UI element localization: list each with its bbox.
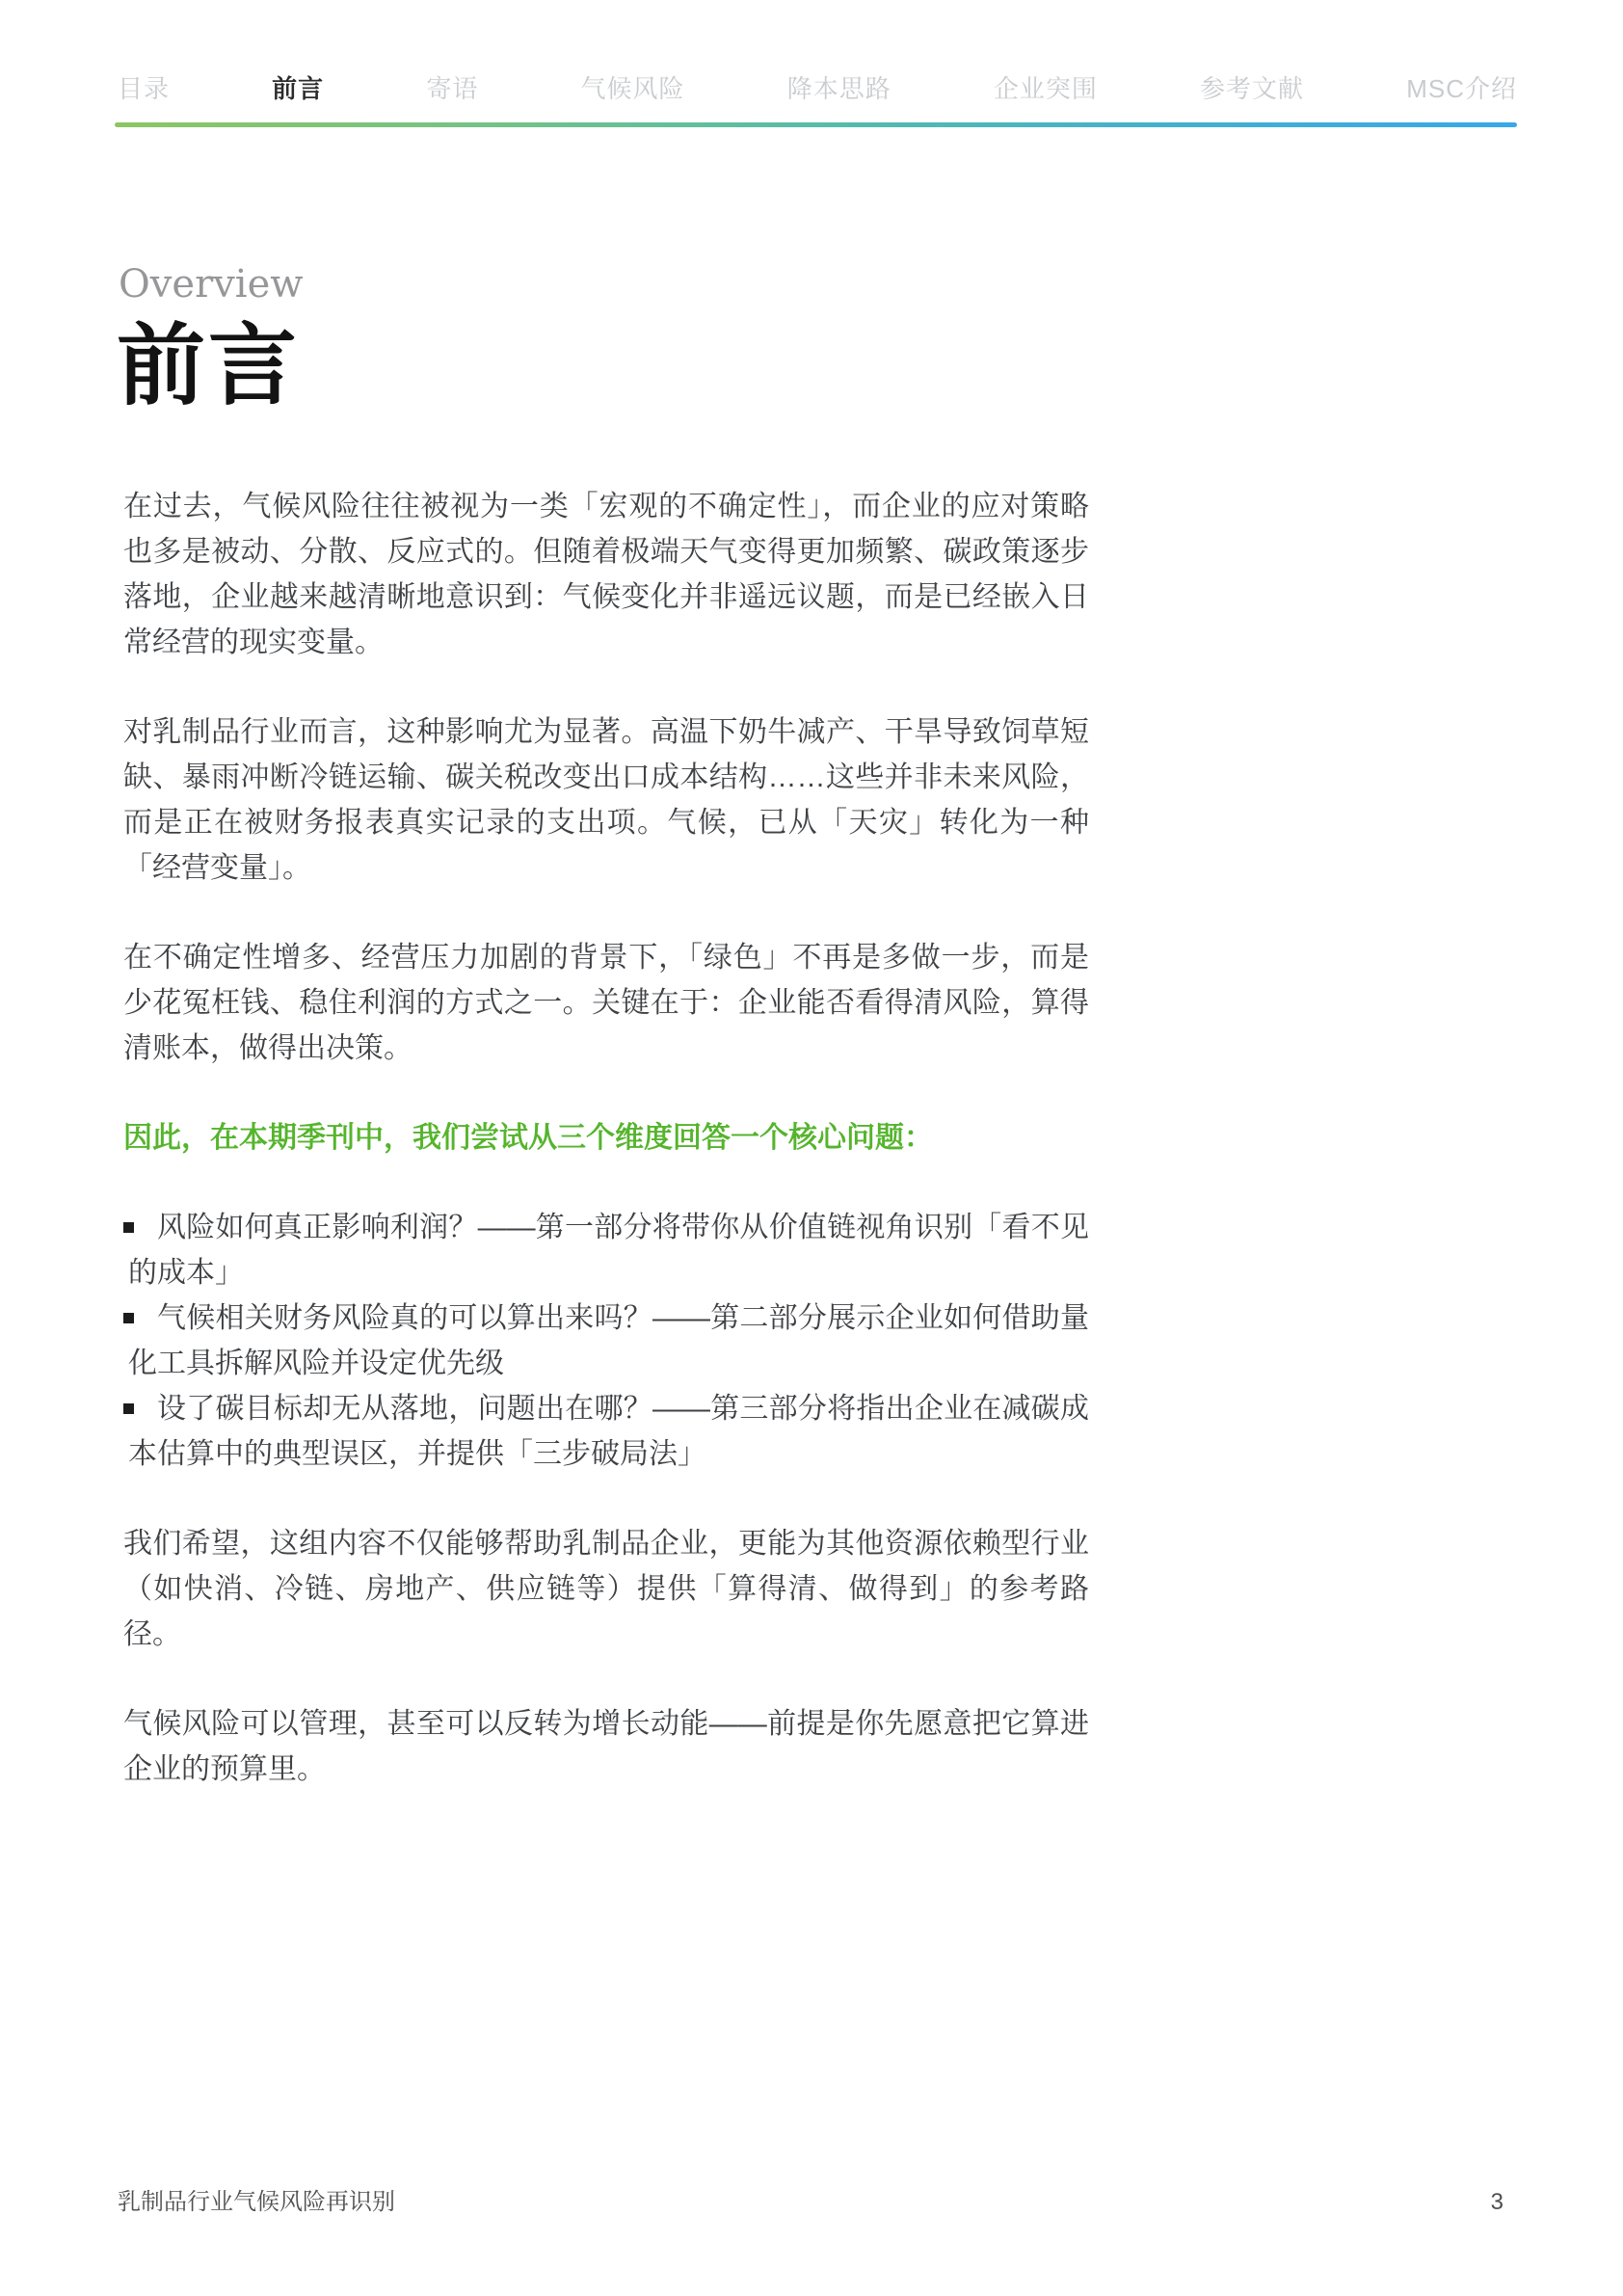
paragraph-4: 我们希望，这组内容不仅能够帮助乳制品企业，更能为其他资源依赖型行业（如快消、冷链… [123, 1521, 1089, 1657]
paragraph-2: 对乳制品行业而言，这种影响尤为显著。高温下奶牛减产、干旱导致饲草短缺、暴雨冲断冷… [123, 709, 1089, 891]
page-number: 3 [1491, 2188, 1503, 2217]
list-item-text: 气候相关财务风险真的可以算出来吗？——第二部分展示企业如何借助量化工具拆解风险并… [128, 1302, 1089, 1379]
paragraph-3: 在不确定性增多、经营压力加剧的背景下，「绿色」不再是多做一步，而是少花冤枉钱、稳… [123, 935, 1089, 1071]
paragraph-5: 气候风险可以管理，甚至可以反转为增长动能——前提是你先愿意把它算进企业的预算里。 [123, 1701, 1089, 1792]
body-copy: 在过去，气候风险往往被视为一类「宏观的不确定性」，而企业的应对策略也多是被动、分… [123, 484, 1089, 1792]
page-content: Overview 前言 在过去，气候风险往往被视为一类「宏观的不确定性」，而企业… [0, 262, 1623, 1792]
nav-item-climate-risk[interactable]: 气候风险 [581, 73, 685, 104]
list-item: 设了碳目标却无从落地，问题出在哪？——第三部分将指出企业在减碳成本估算中的典型误… [128, 1386, 1089, 1477]
nav-item-enterprise-breakthrough[interactable]: 企业突围 [994, 73, 1098, 104]
page-title: 前言 [117, 312, 1623, 418]
nav-bar: 目录 前言 寄语 气候风险 降本思路 企业突围 参考文献 MSC介绍 [118, 73, 1517, 104]
highlight-heading: 因此，在本期季刊中，我们尝试从三个维度回答一个核心问题： [123, 1115, 1089, 1161]
nav-item-references[interactable]: 参考文献 [1200, 73, 1304, 104]
document-page: 目录 前言 寄语 气候风险 降本思路 企业突围 参考文献 MSC介绍 Overv… [0, 0, 1623, 2296]
key-questions-list: 风险如何真正影响利润？——第一部分将带你从价值链视角识别「看不见的成本」 气候相… [128, 1205, 1089, 1477]
bullet-square-icon [123, 1222, 134, 1233]
footer-doc-title: 乳制品行业气候风险再识别 [118, 2188, 395, 2217]
paragraph-1: 在过去，气候风险往往被视为一类「宏观的不确定性」，而企业的应对策略也多是被动、分… [123, 484, 1089, 665]
top-nav: 目录 前言 寄语 气候风险 降本思路 企业突围 参考文献 MSC介绍 [0, 0, 1623, 127]
nav-item-message[interactable]: 寄语 [426, 73, 478, 104]
page-footer: 乳制品行业气候风险再识别 3 [118, 2188, 1503, 2217]
nav-item-toc[interactable]: 目录 [118, 73, 170, 104]
nav-item-foreword[interactable]: 前言 [272, 73, 324, 104]
nav-item-msc-intro[interactable]: MSC介绍 [1406, 73, 1517, 104]
nav-item-cost-reduction[interactable]: 降本思路 [787, 73, 891, 104]
list-item-text: 风险如何真正影响利润？——第一部分将带你从价值链视角识别「看不见的成本」 [128, 1212, 1089, 1289]
list-item-text: 设了碳目标却无从落地，问题出在哪？——第三部分将指出企业在减碳成本估算中的典型误… [128, 1393, 1089, 1470]
section-eyebrow: Overview [119, 262, 1623, 307]
gradient-divider [115, 122, 1517, 127]
bullet-square-icon [123, 1403, 134, 1414]
bullet-square-icon [123, 1313, 134, 1323]
list-item: 气候相关财务风险真的可以算出来吗？——第二部分展示企业如何借助量化工具拆解风险并… [128, 1295, 1089, 1386]
list-item: 风险如何真正影响利润？——第一部分将带你从价值链视角识别「看不见的成本」 [128, 1205, 1089, 1295]
